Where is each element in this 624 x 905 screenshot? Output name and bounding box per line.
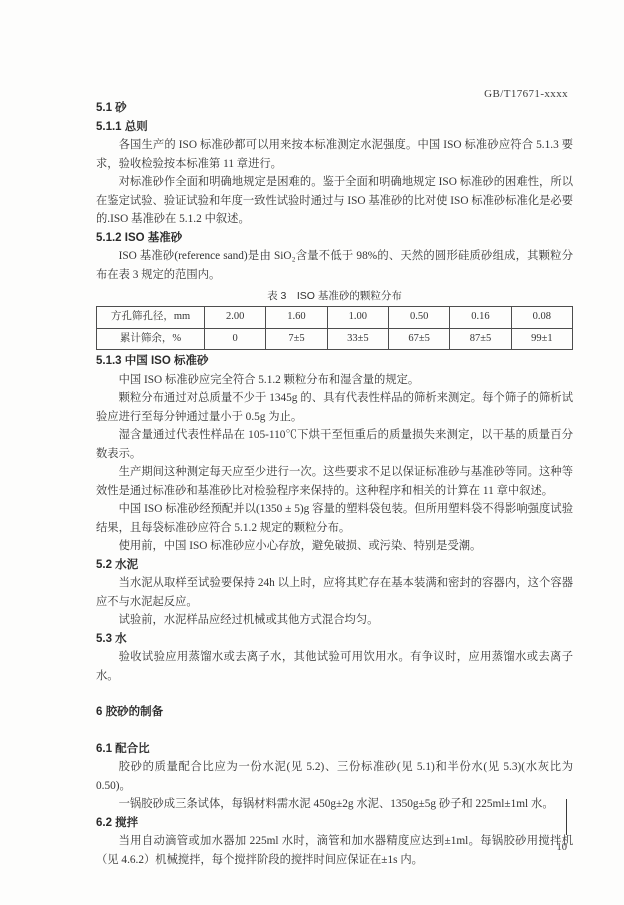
table-cell: 0 (205, 328, 266, 350)
table-cell: 87±5 (450, 328, 511, 350)
table-cell: 0.08 (511, 307, 572, 329)
table3: 方孔筛孔径，mm 2.00 1.60 1.00 0.50 0.16 0.08 累… (96, 306, 573, 350)
heading-5-1-1: 5.1.1 总则 (96, 118, 573, 137)
table-row-label: 累计筛余，% (97, 328, 205, 350)
paragraph-5-1-3-b: 颗粒分布通过对总质量不少于 1345g 的、具有代表性样品的筛析来测定。每个筛子… (96, 389, 573, 426)
paragraph-5-1-3-a: 中国 ISO 标准砂应完全符合 5.1.2 颗粒分布和湿含量的规定。 (96, 371, 573, 390)
table-cell: 33±5 (327, 328, 388, 350)
heading-5-2: 5.2 水泥 (96, 556, 573, 575)
heading-6-2: 6.2 搅拌 (96, 814, 573, 833)
heading-5-1: 5.1 砂 (96, 99, 573, 118)
paragraph-6-1-b: 一锅胶砂成三条试体，每锅材料需水泥 450g±2g 水泥、1350g±5g 砂子… (96, 795, 573, 814)
page-content: 5.1 砂 5.1.1 总则 各国生产的 ISO 标准砂都可以用来按本标准测定水… (96, 99, 573, 869)
paragraph-5-1-1-b: 对标准砂作全面和明确地规定是困难的。鉴于全面和明确地规定 ISO 标准砂的困难性… (96, 173, 573, 229)
paragraph-5-1-3-c: 湿含量通过代表性样品在 105-110℃下烘干至恒重后的质量损失来测定，以干基的… (96, 426, 573, 463)
table-cell: 2.00 (205, 307, 266, 329)
table-cell: 7±5 (266, 328, 327, 350)
paragraph-5-2-a: 当水泥从取样至试验要保持 24h 以上时，应将其贮存在基本装满和密封的容器内，这… (96, 574, 573, 611)
heading-5-3: 5.3 水 (96, 630, 573, 649)
table-cell: 1.00 (327, 307, 388, 329)
heading-5-1-2: 5.1.2 ISO 基准砂 (96, 229, 573, 248)
paragraph-6-1-a: 胶砂的质量配合比应为一份水泥(见 5.2)、三份标准砂(见 5.1)和半份水(见… (96, 758, 573, 795)
heading-6: 6 胶砂的制备 (96, 703, 573, 722)
paragraph-5-1-3-d: 生产期间这种测定每天应至少进行一次。这些要求不足以保证标准砂与基准砂等同。这种等… (96, 463, 573, 500)
table-cell: 1.60 (266, 307, 327, 329)
document-page: GB/T17671-xxxx 5.1 砂 5.1.1 总则 各国生产的 ISO … (0, 0, 624, 905)
page-number: 10 (557, 842, 568, 853)
paragraph-5-2-b: 试验前，水泥样品应经过机械或其他方式混合均匀。 (96, 611, 573, 630)
table-cell: 67±5 (388, 328, 449, 350)
table-row: 累计筛余，% 0 7±5 33±5 67±5 87±5 99±1 (97, 328, 573, 350)
table-row: 方孔筛孔径，mm 2.00 1.60 1.00 0.50 0.16 0.08 (97, 307, 573, 329)
table-row-label: 方孔筛孔径，mm (97, 307, 205, 329)
paragraph-5-1-3-f: 使用前，中国 ISO 标准砂应小心存放，避免破损、或污染、特别是受潮。 (96, 537, 573, 556)
paragraph-5-1-2-a: ISO 基准砂(reference sand)是由 SiO₂含量不低于 98%的… (96, 247, 573, 284)
heading-6-1: 6.1 配合比 (96, 740, 573, 759)
paragraph-5-1-3-e: 中国 ISO 标准砂经预配并以(1350 ± 5)g 容量的塑料袋包装。但所用塑… (96, 500, 573, 537)
paragraph-6-2-a: 当用自动滴管或加水器加 225ml 水时，滴管和加水器精度应达到±1ml。每锅胶… (96, 832, 573, 869)
table-cell: 0.16 (450, 307, 511, 329)
table-cell: 99±1 (511, 328, 572, 350)
table3-caption: 表 3 ISO 基准砂的颗粒分布 (96, 289, 573, 304)
paragraph-5-3-a: 验收试验应用蒸馏水或去离子水，其他试验可用饮用水。有争议时，应用蒸馏水或去离子水… (96, 648, 573, 685)
heading-5-1-3: 5.1.3 中国 ISO 标准砂 (96, 352, 573, 371)
table-cell: 0.50 (388, 307, 449, 329)
paragraph-5-1-1-a: 各国生产的 ISO 标准砂都可以用来按本标准测定水泥强度。中国 ISO 标准砂应… (96, 136, 573, 173)
revision-change-bar (566, 799, 567, 835)
